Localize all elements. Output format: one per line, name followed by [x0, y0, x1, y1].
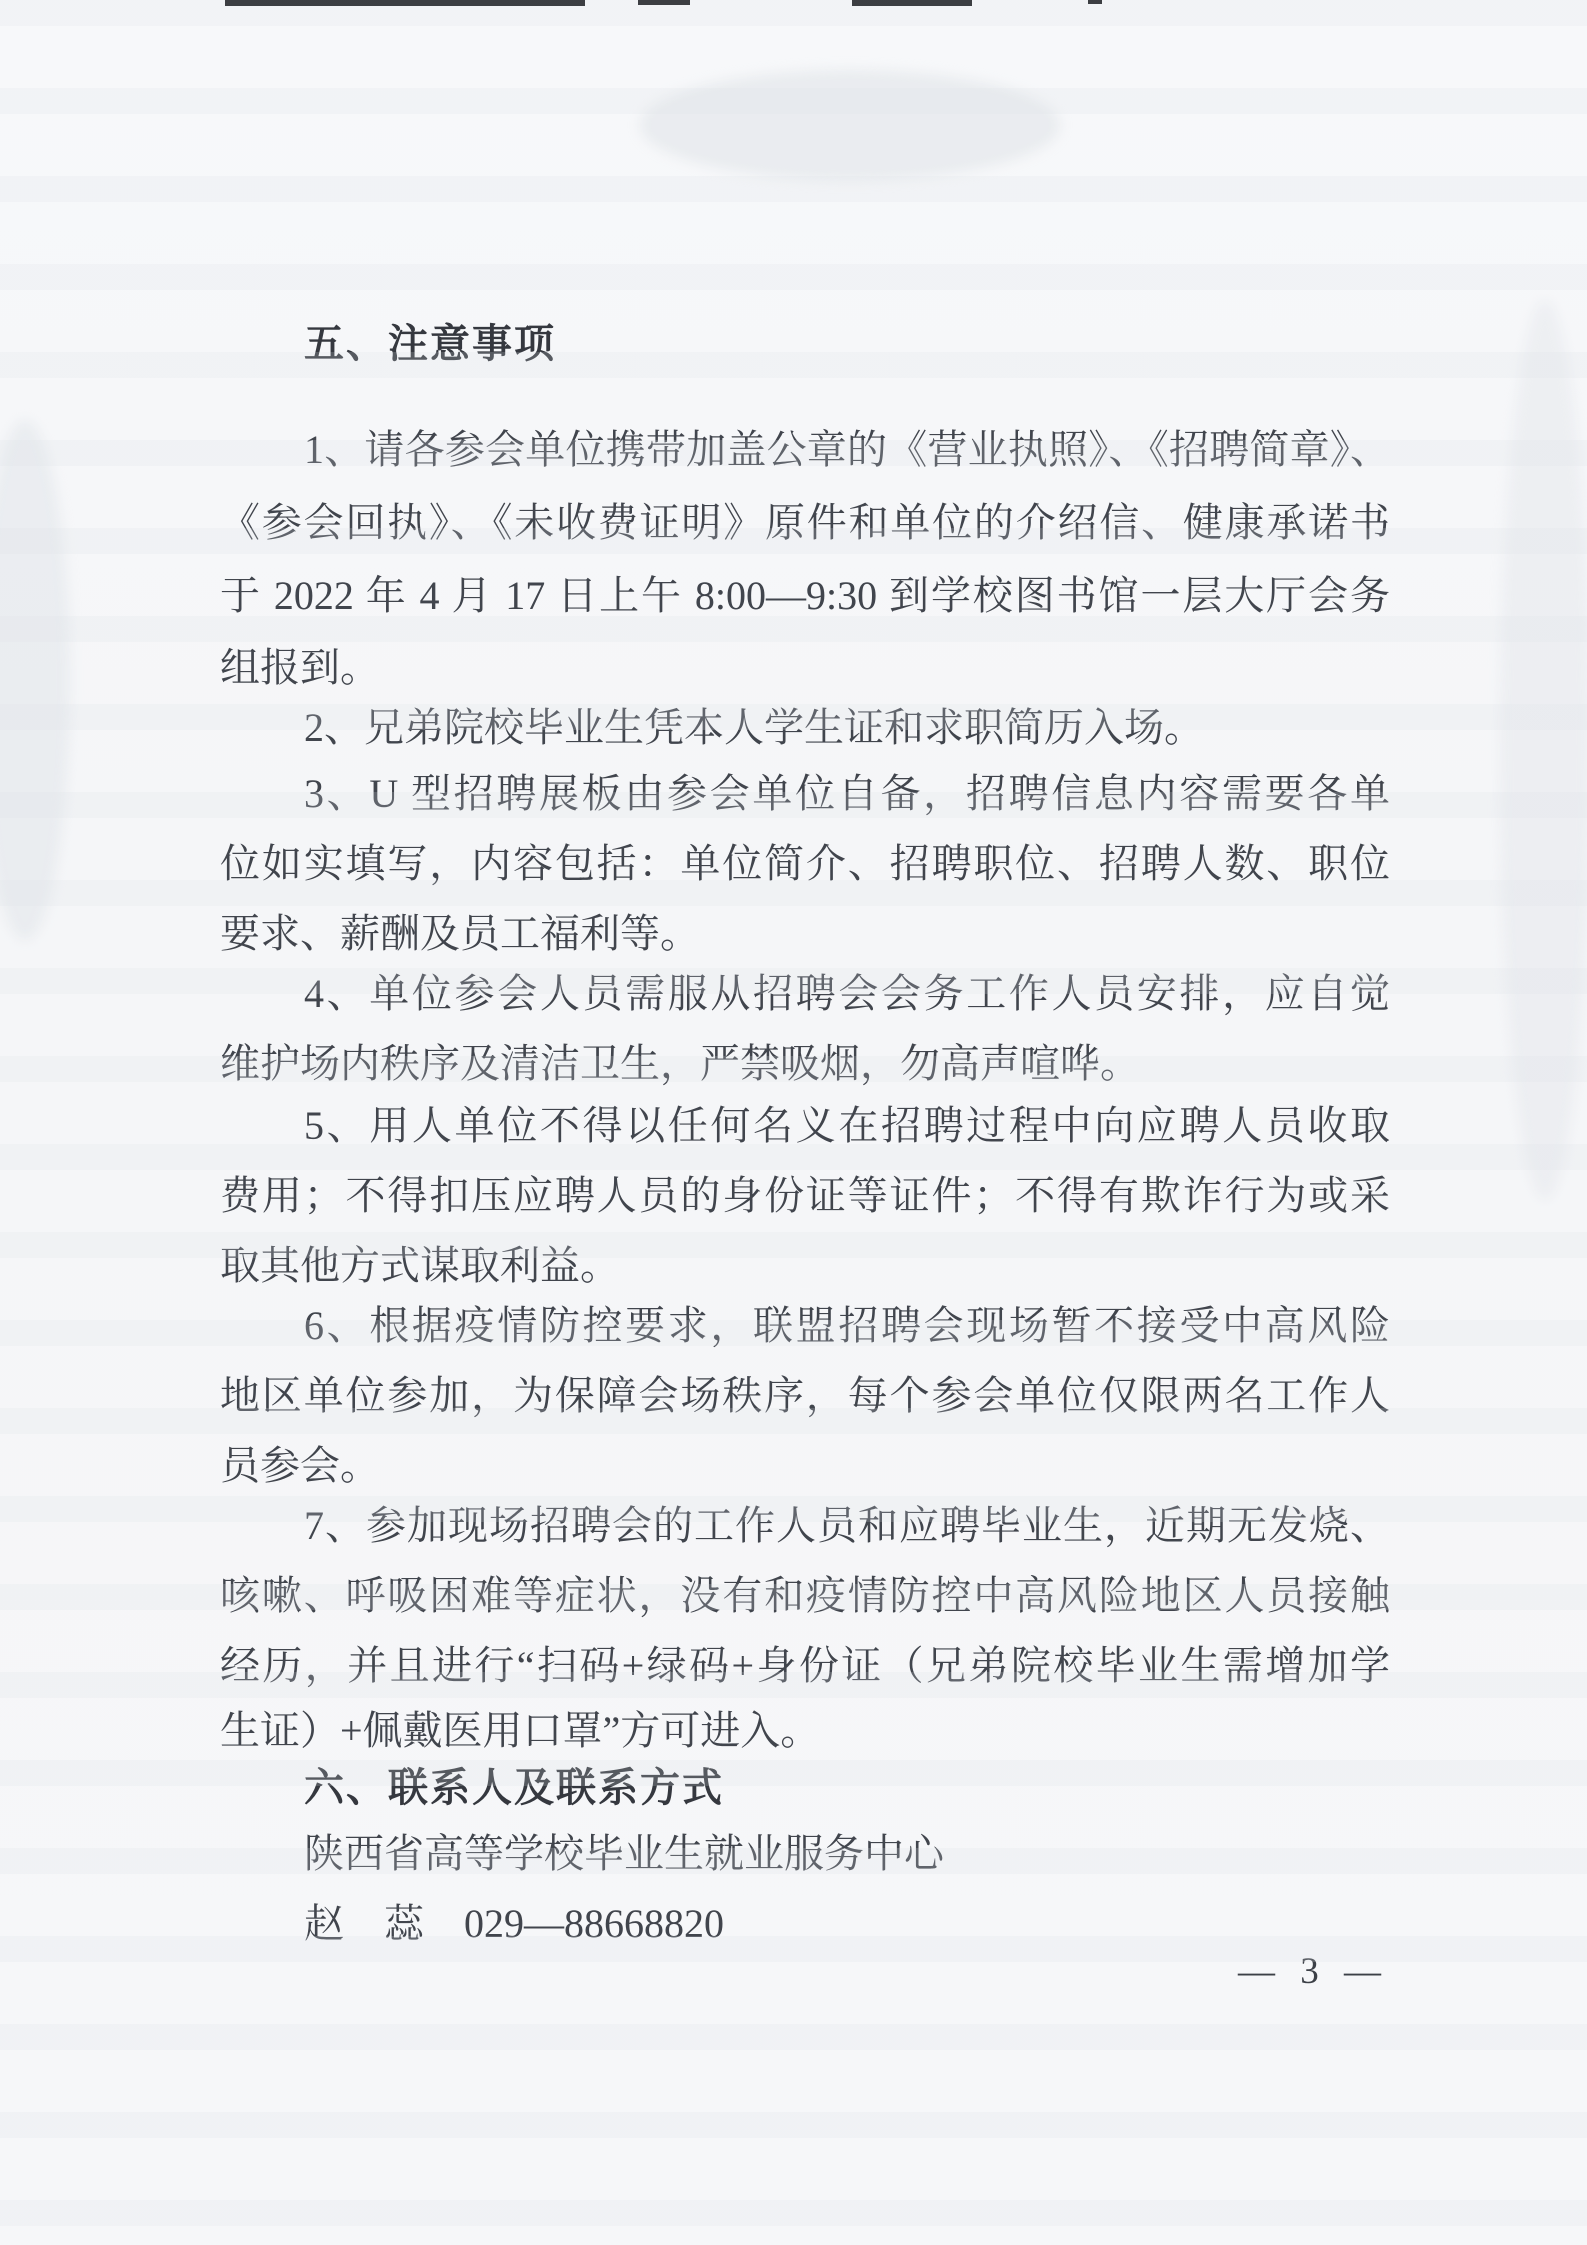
- note1-line4: 组报到。: [220, 642, 1390, 694]
- contact-organization: 陕西省高等学校毕业生就业服务中心: [220, 1828, 1390, 1880]
- note3-line1: 3、U 型招聘展板由参会单位自备，招聘信息内容需要各单: [220, 768, 1390, 820]
- note2-line1: 2、兄弟院校毕业生凭本人学生证和求职简历入场。: [220, 702, 1390, 754]
- contact-person-phone: 赵 蕊 029—88668820: [220, 1898, 1390, 1950]
- scan-edge-artifact: [852, 0, 972, 6]
- note6-line3: 员参会。: [220, 1440, 1390, 1492]
- note4-line2: 维护场内秩序及清洁卫生，严禁吸烟，勿高声喧哗。: [220, 1038, 1390, 1090]
- note6-line1: 6、根据疫情防控要求，联盟招聘会现场暂不接受中高风险: [220, 1300, 1390, 1352]
- scanned-document-page: 五、注意事项 1、请各参会单位携带加盖公章的《营业执照》、《招聘简章》、 《参会…: [0, 0, 1587, 2245]
- scan-smudge: [0, 420, 70, 940]
- note1-line3: 于 2022 年 4 月 17 日上午 8:00—9:30 到学校图书馆一层大厅…: [220, 570, 1390, 622]
- scan-edge-artifact: [638, 0, 690, 5]
- note7-line1: 7、参加现场招聘会的工作人员和应聘毕业生，近期无发烧、: [220, 1500, 1390, 1552]
- notes-section-heading: 五、注意事项: [220, 318, 1390, 370]
- note3-line2: 位如实填写，内容包括：单位简介、招聘职位、招聘人数、职位: [220, 838, 1390, 890]
- note1-line2: 《参会回执》、《未收费证明》原件和单位的介绍信、健康承诺书: [220, 497, 1390, 549]
- scan-edge-artifact: [1088, 0, 1102, 4]
- note5-line2: 费用；不得扣压应聘人员的身份证等证件；不得有欺诈行为或采: [220, 1170, 1390, 1222]
- note7-line3: 经历，并且进行“扫码+绿码+身份证（兄弟院校毕业生需增加学: [220, 1640, 1390, 1692]
- note6-line2: 地区单位参加，为保障会场秩序，每个参会单位仅限两名工作人: [220, 1370, 1390, 1422]
- scan-smudge: [1500, 300, 1587, 1200]
- contacts-section-heading: 六、联系人及联系方式: [220, 1762, 1390, 1814]
- page-number: — 3 —: [1238, 1950, 1381, 1993]
- scan-smudge: [640, 70, 1060, 180]
- note5-line3: 取其他方式谋取利益。: [220, 1240, 1390, 1292]
- note7-line2: 咳嗽、呼吸困难等症状，没有和疫情防控中高风险地区人员接触: [220, 1570, 1390, 1622]
- scan-edge-artifact: [225, 0, 585, 6]
- note3-line3: 要求、薪酬及员工福利等。: [220, 908, 1390, 960]
- note5-line1: 5、用人单位不得以任何名义在招聘过程中向应聘人员收取: [220, 1100, 1390, 1152]
- note4-line1: 4、单位参会人员需服从招聘会会务工作人员安排，应自觉: [220, 968, 1390, 1020]
- note1-line1: 1、请各参会单位携带加盖公章的《营业执照》、《招聘简章》、: [220, 424, 1390, 476]
- note7-line4: 生证）+佩戴医用口罩”方可进入。: [220, 1705, 1390, 1757]
